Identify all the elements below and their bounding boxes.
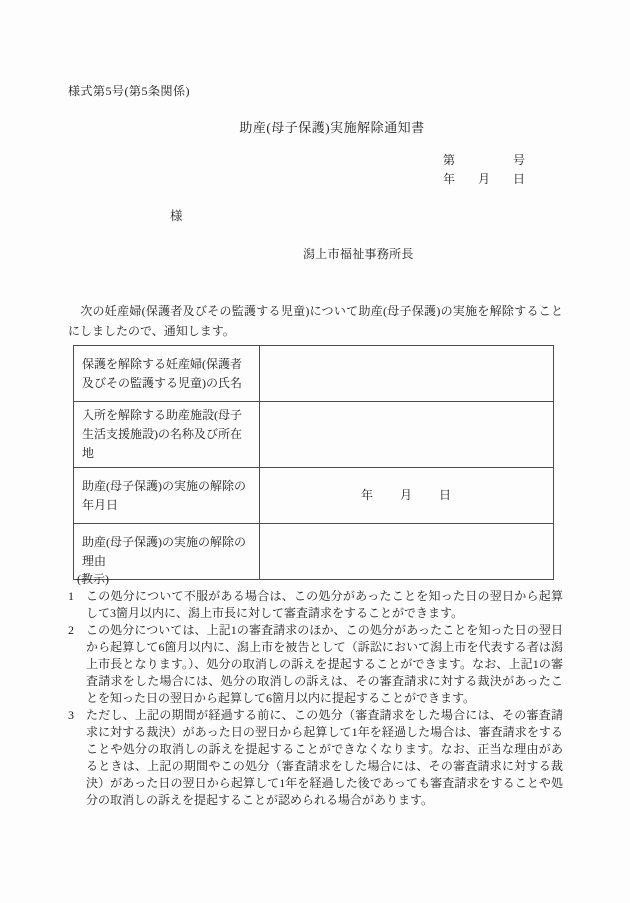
document-page: 様式第5号(第5条関係) 助産(母子保護)実施解除通知書 第号 年月日 様 潟上… <box>0 0 630 903</box>
note-text: この処分については、上記1の審査請求のほか、この処分があったことを知った日の翌日… <box>86 623 563 705</box>
doc-number-suffix: 号 <box>513 153 525 167</box>
row-label-date: 助産(母子保護)の実施の解除の年月日 <box>74 468 260 524</box>
document-meta: 第号 年月日 <box>443 151 525 189</box>
form-number: 様式第5号(第5条関係) <box>68 82 190 99</box>
document-title: 助産(母子保護)実施解除通知書 <box>34 117 630 136</box>
note-item: 1 この処分について不服がある場合は、この処分があったことを知った日の翌日から起… <box>68 588 563 622</box>
date-day-label: 日 <box>513 172 525 186</box>
note-number: 1 <box>68 588 74 605</box>
doc-number-line: 第号 <box>443 151 525 170</box>
sender-title: 潟上市福祉事務所長 <box>303 245 414 262</box>
note-item: 2 この処分については、上記1の審査請求のほか、この処分があったことを知った日の… <box>68 622 563 707</box>
notes-heading: (教示) <box>68 571 563 588</box>
note-number: 2 <box>68 622 74 639</box>
addressee-label: 様 <box>170 206 183 224</box>
row-value-date: 年 月 日 <box>260 468 554 524</box>
row-label-facility: 入所を解除する助産施設(母子生活支援施設)の名称及び所在地 <box>74 402 260 468</box>
note-item: 3 ただし、上記の期間が経過する前に、この処分（審査請求をした場合には、その審査… <box>68 707 563 809</box>
row-label-name: 保護を解除する妊産婦(保護者及びその監護する児童)の氏名 <box>74 346 260 402</box>
table-row: 保護を解除する妊産婦(保護者及びその監護する児童)の氏名 <box>74 346 554 402</box>
note-text: ただし、上記の期間が経過する前に、この処分（審査請求をした場合には、その審査請求… <box>86 708 563 807</box>
date-year-label: 年 <box>443 170 478 189</box>
table-row: 助産(母子保護)の実施の解除の年月日 年 月 日 <box>74 468 554 524</box>
note-number: 3 <box>68 707 74 724</box>
body-paragraph: 次の妊産婦(保護者及びその監護する児童)について助産(母子保護)の実施を解除する… <box>68 302 563 341</box>
doc-date-line: 年月日 <box>443 170 525 189</box>
row-value-name <box>260 346 554 402</box>
details-table: 保護を解除する妊産婦(保護者及びその監護する児童)の氏名 入所を解除する助産施設… <box>73 345 554 580</box>
note-text: この処分について不服がある場合は、この処分があったことを知った日の翌日から起算し… <box>86 589 563 620</box>
doc-number-prefix: 第 <box>443 151 513 170</box>
row-value-facility <box>260 402 554 468</box>
date-month-label: 月 <box>478 170 513 189</box>
table-row: 入所を解除する助産施設(母子生活支援施設)の名称及び所在地 <box>74 402 554 468</box>
notes-section: (教示) 1 この処分について不服がある場合は、この処分があったことを知った日の… <box>68 571 563 809</box>
